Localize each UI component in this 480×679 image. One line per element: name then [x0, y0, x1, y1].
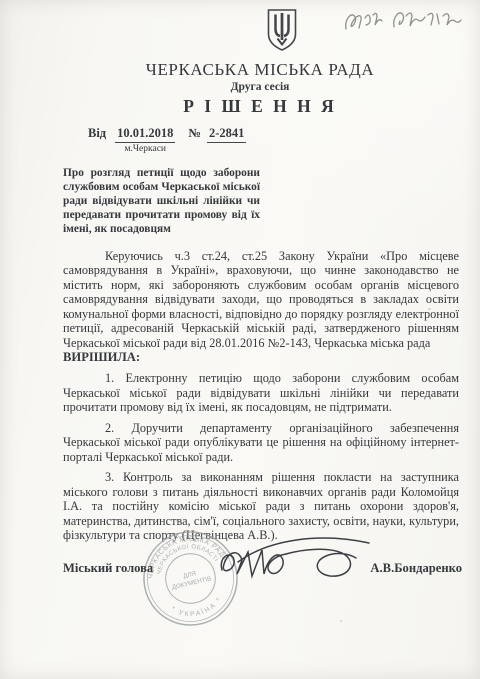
scan-speck	[428, 308, 431, 310]
date-line: Від 10.01.2018 м.Черкаси № 2-2841	[88, 126, 480, 154]
handwritten-note	[340, 3, 466, 45]
scan-speck	[340, 620, 342, 622]
ukraine-trident-emblem	[265, 8, 299, 52]
signer-name: А.В.Бондаренко	[370, 561, 462, 576]
signer-title: Міський голова	[63, 561, 153, 576]
date-value: 10.01.2018	[115, 126, 175, 143]
org-name: ЧЕРКАСЬКА МІСЬКА РАДА	[20, 60, 480, 80]
doc-type-title: Р І Ш Е Н Н Я	[20, 96, 480, 117]
resolution-item-2: 2. Доручити департаменту організаційного…	[63, 421, 459, 465]
city-label: м.Черкаси	[125, 144, 167, 154]
session-line: Друга сесія	[20, 81, 480, 93]
preamble-paragraph: Керуючись ч.3 ст.24, ст.25 Закону Україн…	[63, 249, 459, 351]
signature-scribble	[206, 526, 381, 600]
resolution-item-1: 1. Електронну петицію щодо заборони служ…	[63, 371, 459, 415]
number-label: №	[188, 126, 201, 141]
date-label: Від	[88, 126, 106, 141]
subject-paragraph: Про розгляд петиції щодо заборони службо…	[63, 167, 260, 237]
scan-speck	[300, 110, 302, 112]
resolved-heading: ВИРІШИЛА:	[63, 350, 480, 365]
number-value: 2-2841	[207, 126, 246, 143]
document-page: ЧЕРКАСЬКА МІСЬКА РАДА Друга сесія Р І Ш …	[0, 0, 480, 679]
